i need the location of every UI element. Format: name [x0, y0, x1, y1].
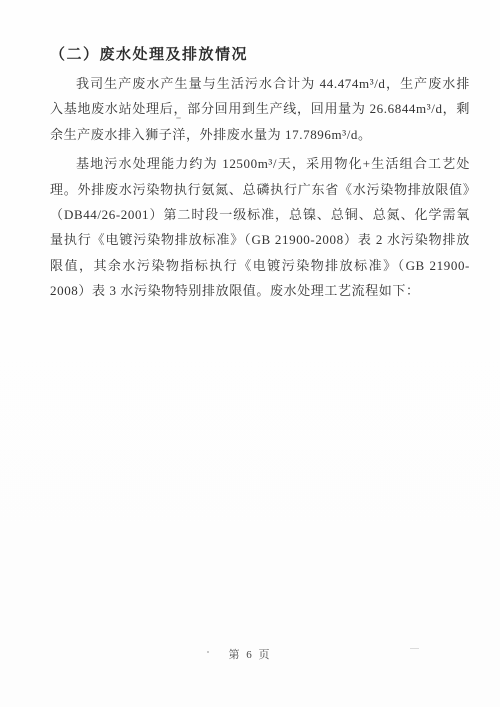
- scan-artifact-dash: [176, 117, 181, 119]
- scan-artifact-dot: [207, 651, 209, 653]
- paragraph-wastewater-volumes: 我司生产废水产生量与生活污水合计为 44.474m³/d，生产废水排入基地废水站…: [50, 71, 470, 147]
- page-number: 第 6 页: [0, 646, 500, 662]
- document-page: （二）废水处理及排放情况 我司生产废水产生量与生活污水合计为 44.474m³/…: [0, 0, 500, 707]
- section-heading: （二）废水处理及排放情况: [50, 43, 470, 64]
- document-body: （二）废水处理及排放情况 我司生产废水产生量与生活污水合计为 44.474m³/…: [50, 43, 470, 308]
- scan-artifact-smudge: [410, 648, 419, 649]
- paragraph-treatment-standards: 基地污水处理能力约为 12500m³/天，采用物化+生活组合工艺处理。外排废水污…: [50, 151, 470, 303]
